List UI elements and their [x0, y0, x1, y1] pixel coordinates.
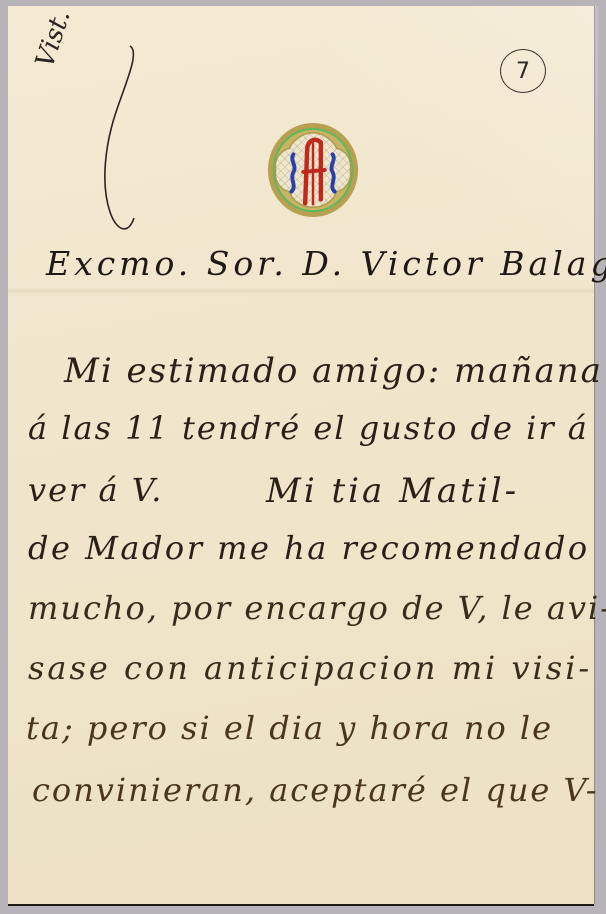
letter-line-3b: Mi tia Matil- [266, 471, 519, 511]
page-number-circle: 7 [500, 49, 546, 93]
letter-line-4: de Mador me ha recomendado [28, 529, 590, 567]
page-number: 7 [516, 59, 530, 84]
letter-line-6: sase con anticipacion mi visi- [28, 649, 592, 687]
letter-line-7: ta; pero si el dia y hora no le [26, 709, 553, 747]
letter-line-5: mucho, por encargo de V, le avi- [28, 589, 606, 627]
letter-line-3a: ver á V. [28, 471, 163, 509]
letter-line-1: Mi estimado amigo: mañana [64, 351, 603, 391]
salutation: Excmo. Sor. D. Victor Balaguer [46, 244, 606, 283]
paper-fold-line [8, 288, 594, 294]
margin-note: Vist. [30, 6, 77, 71]
letter-line-2: á las 11 tendré el gusto de ir á [28, 409, 589, 447]
letter-line-8: convinieran, aceptaré el que V- [32, 771, 599, 809]
monogram-crest-icon [264, 121, 362, 219]
margin-bracket-icon [88, 42, 138, 238]
letter-page: Vist. 7 Excmo. Sor. D. Victor Balaguer M… [8, 6, 594, 904]
